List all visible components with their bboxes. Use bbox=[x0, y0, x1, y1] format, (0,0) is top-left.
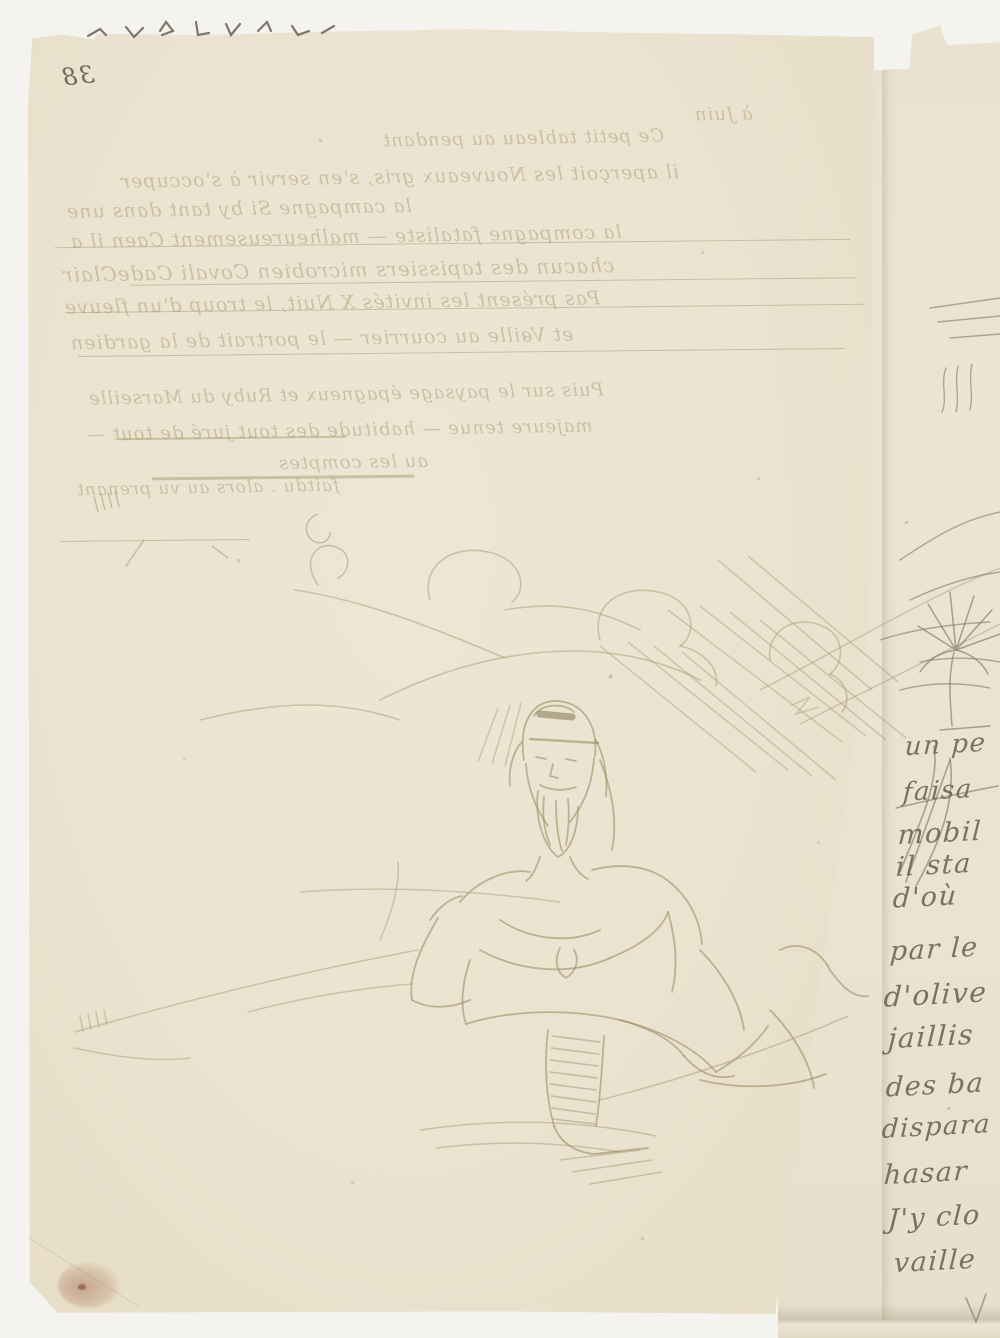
manuscript-scan: 38 à JuinCe petit tableau au pendantil a… bbox=[0, 0, 1000, 1338]
right-page-crease bbox=[882, 60, 896, 1320]
paper-speckles bbox=[0, 0, 1, 1]
ink-stain-dot bbox=[78, 1284, 86, 1290]
ink-stain bbox=[58, 1262, 120, 1308]
right-page-bottom-fold bbox=[778, 1304, 1000, 1338]
left-page bbox=[28, 28, 874, 1314]
page-number: 38 bbox=[59, 60, 96, 91]
